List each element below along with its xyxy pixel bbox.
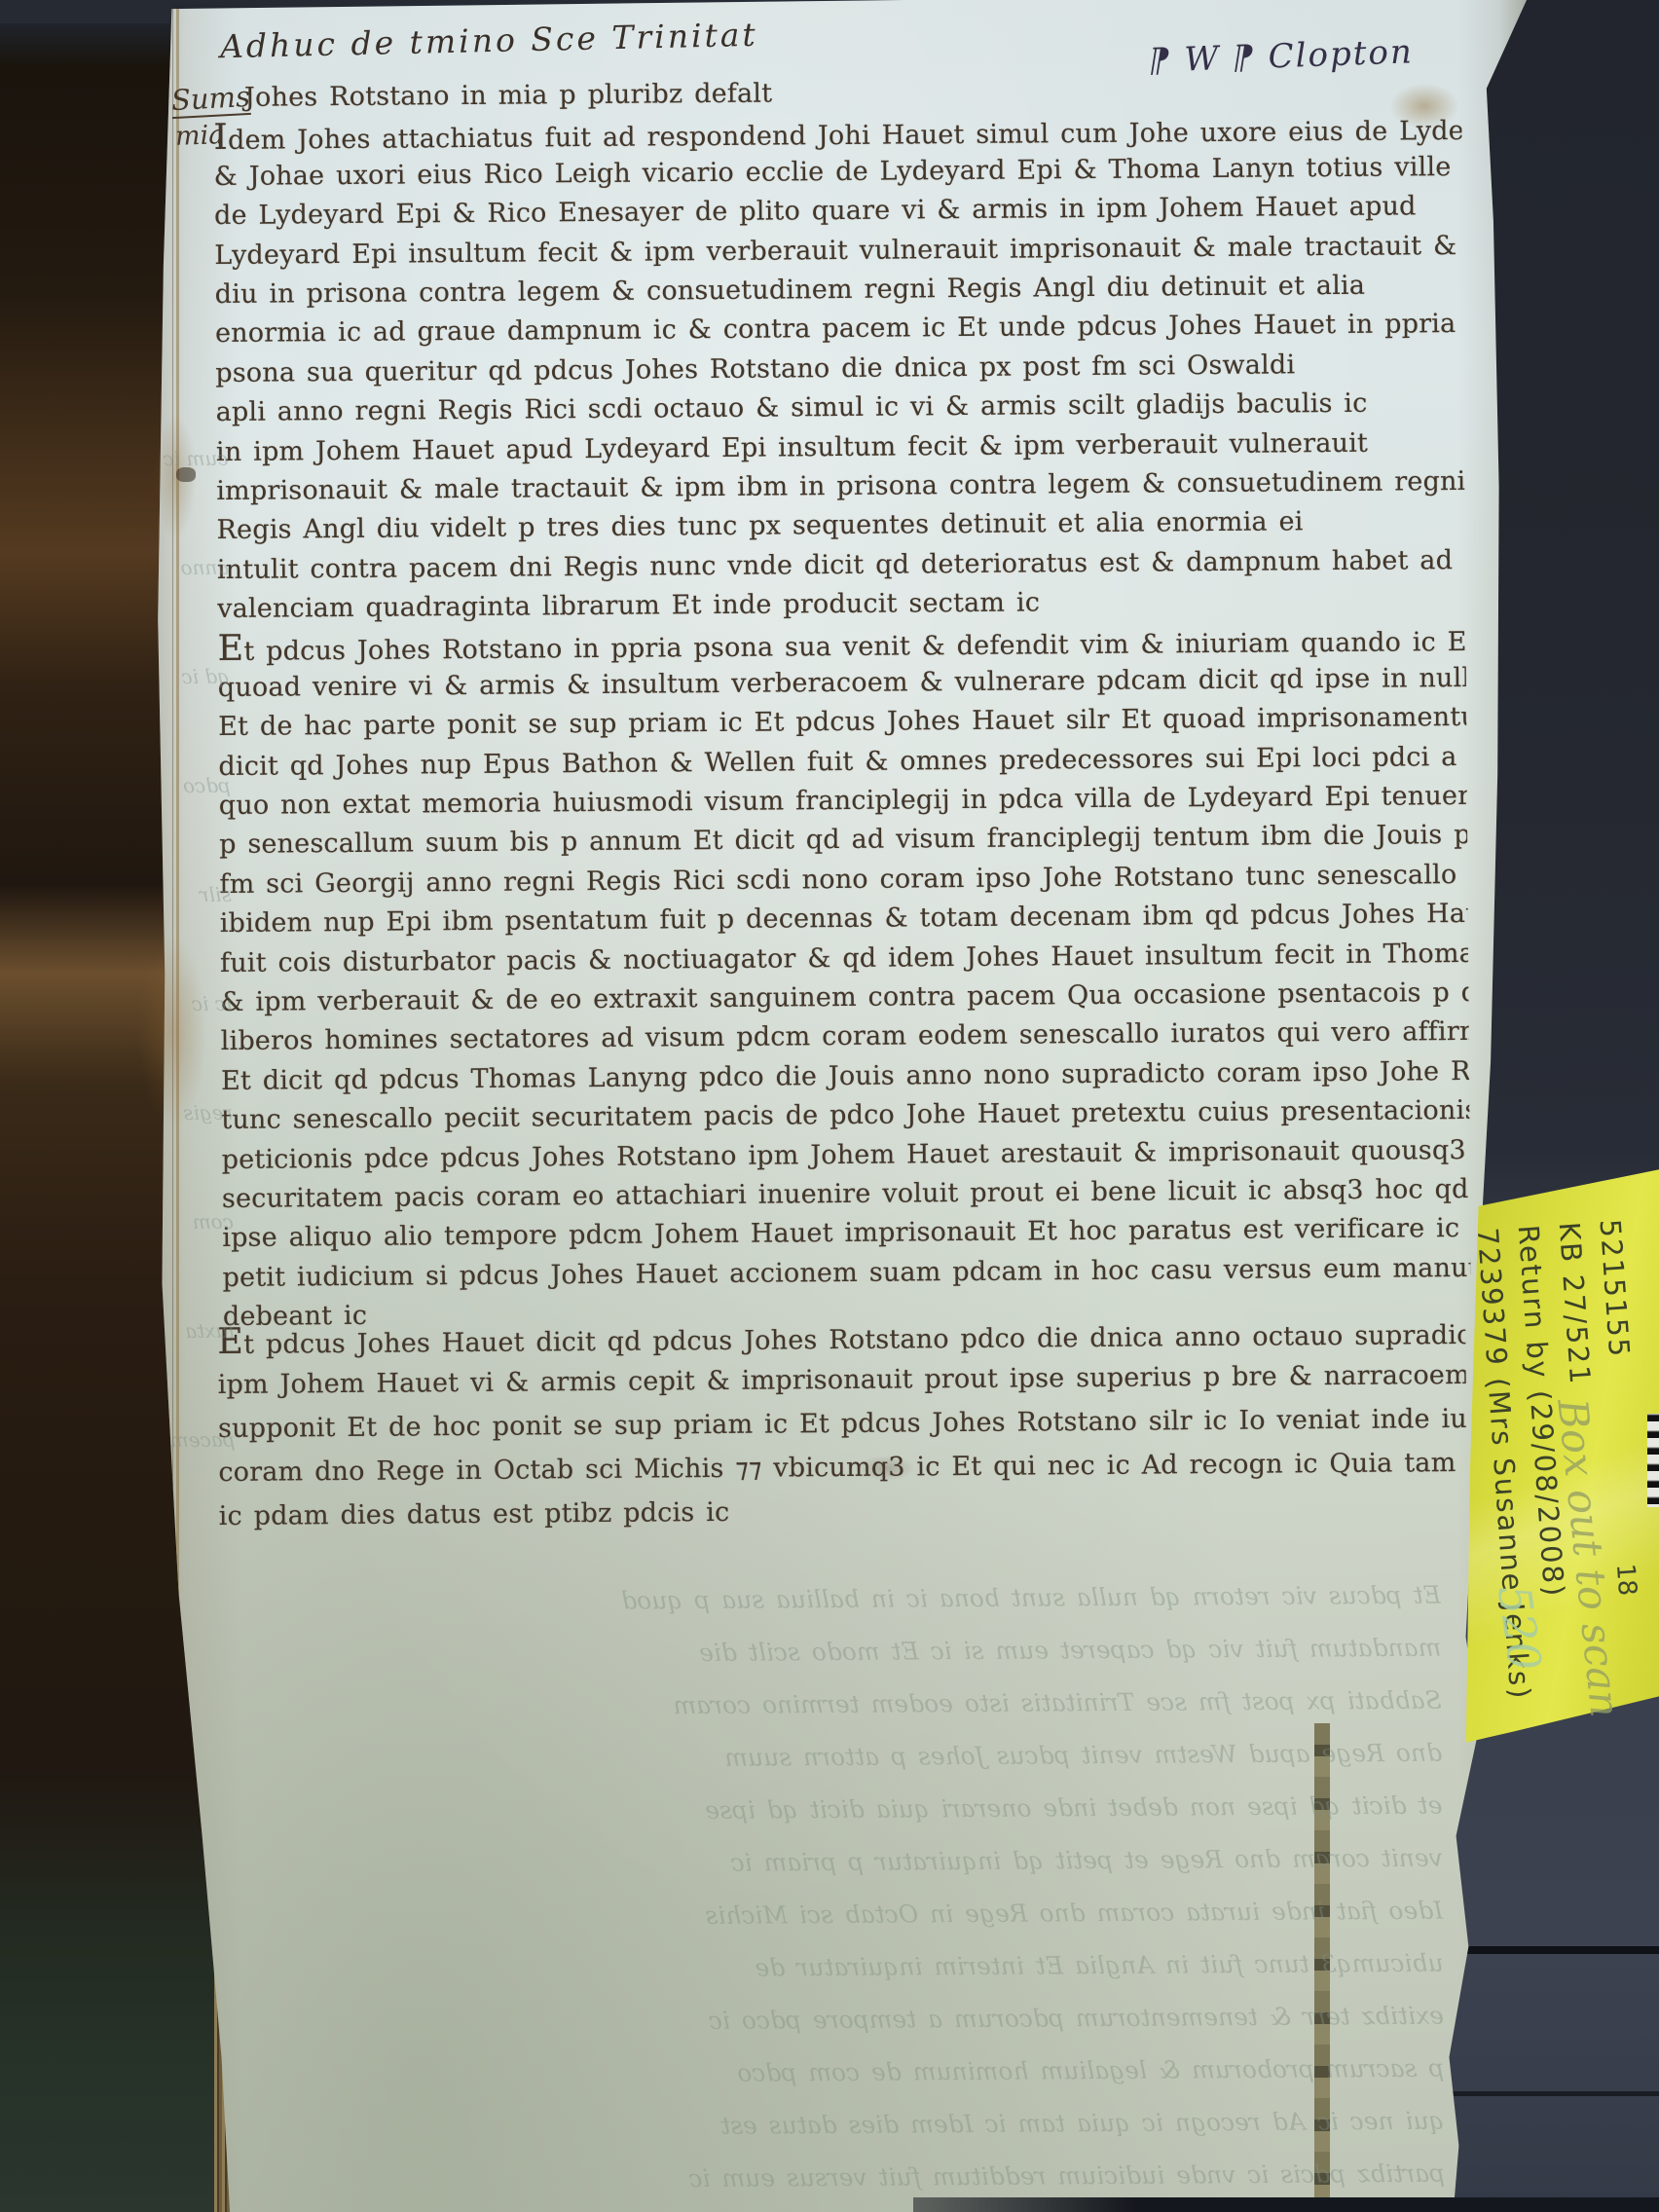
bleedthrough-line: ubicumq3 tunc fuit in Anglia Et interim … bbox=[232, 1937, 1443, 1999]
bleedthrough-fragment: cum ic bbox=[144, 404, 229, 514]
bleedthrough-line: exitibz terr & tenementorum pdcorum a te… bbox=[233, 1990, 1444, 2051]
bleedthrough-fragment: iuxta bbox=[150, 1276, 235, 1386]
plea-entry-paragraph-1: Johes Rotstano in mia p pluribz defaltId… bbox=[213, 69, 1471, 1338]
bleedthrough-fragment: silr bbox=[147, 840, 232, 950]
bleedthrough-line: Sabbati px post fm sce Trinitatis isto e… bbox=[231, 1675, 1442, 1736]
barcode-sticker-edge bbox=[1647, 1414, 1659, 1507]
bleedthrough-line: p sacrum proborum & legalium hominum de … bbox=[233, 2043, 1444, 2104]
bleedthrough-fragment: qd ic bbox=[146, 622, 231, 732]
bleedthrough-line: Ideo fiat inde iurata coram dno Rege in … bbox=[232, 1885, 1443, 1946]
bleedthrough-line: venit coram dno Rege et petit qd inquira… bbox=[232, 1832, 1443, 1894]
background-panel-seam bbox=[1429, 2091, 1659, 2096]
manuscript-photo: Adhuc de tmino Sce Trinitat ⁋ W ⁋ Clopto… bbox=[0, 0, 1659, 2212]
slip-corner-number: 18 bbox=[1610, 1563, 1643, 1623]
background-top-edge bbox=[0, 0, 171, 23]
bleedthrough-fragment: anno bbox=[145, 513, 230, 623]
bleedthrough-fragment: ic ic bbox=[148, 949, 233, 1059]
bleedthrough-line: qui nec ic Ad recogn ic quia tam ic Idem… bbox=[234, 2095, 1445, 2157]
bleedthrough-line: et dicit qd ipse non debet inde onerari … bbox=[231, 1780, 1442, 1841]
table-edge-shadow bbox=[913, 2197, 1659, 2212]
bleedthrough-fragment: com bbox=[150, 1167, 235, 1277]
plea-entry-paragraph-2: Et pdcus Johes Hauet dicit qd pdcus Johe… bbox=[217, 1309, 1467, 1538]
bleedthrough-line: mandatum fuit vic qd caperet eum si ic E… bbox=[230, 1622, 1441, 1683]
bleedthrough-line: dno Rege apud Westm venit pdcus Johes p … bbox=[231, 1727, 1442, 1788]
bleedthrough-text-margin: cum icannoqd icpdcosilric icregiscomiuxt… bbox=[144, 404, 236, 1495]
bleedthrough-fragment: pdco bbox=[146, 731, 231, 841]
bleedthrough-fragment: pacem bbox=[151, 1385, 236, 1495]
bleedthrough-fragment: regis bbox=[149, 1058, 234, 1168]
bleedthrough-text-bottom: Et pdcus vic retorn qd nulla sunt bona i… bbox=[230, 1569, 1445, 2209]
bleedthrough-line: Et pdcus vic retorn qd nulla sunt bona i… bbox=[230, 1569, 1441, 1631]
